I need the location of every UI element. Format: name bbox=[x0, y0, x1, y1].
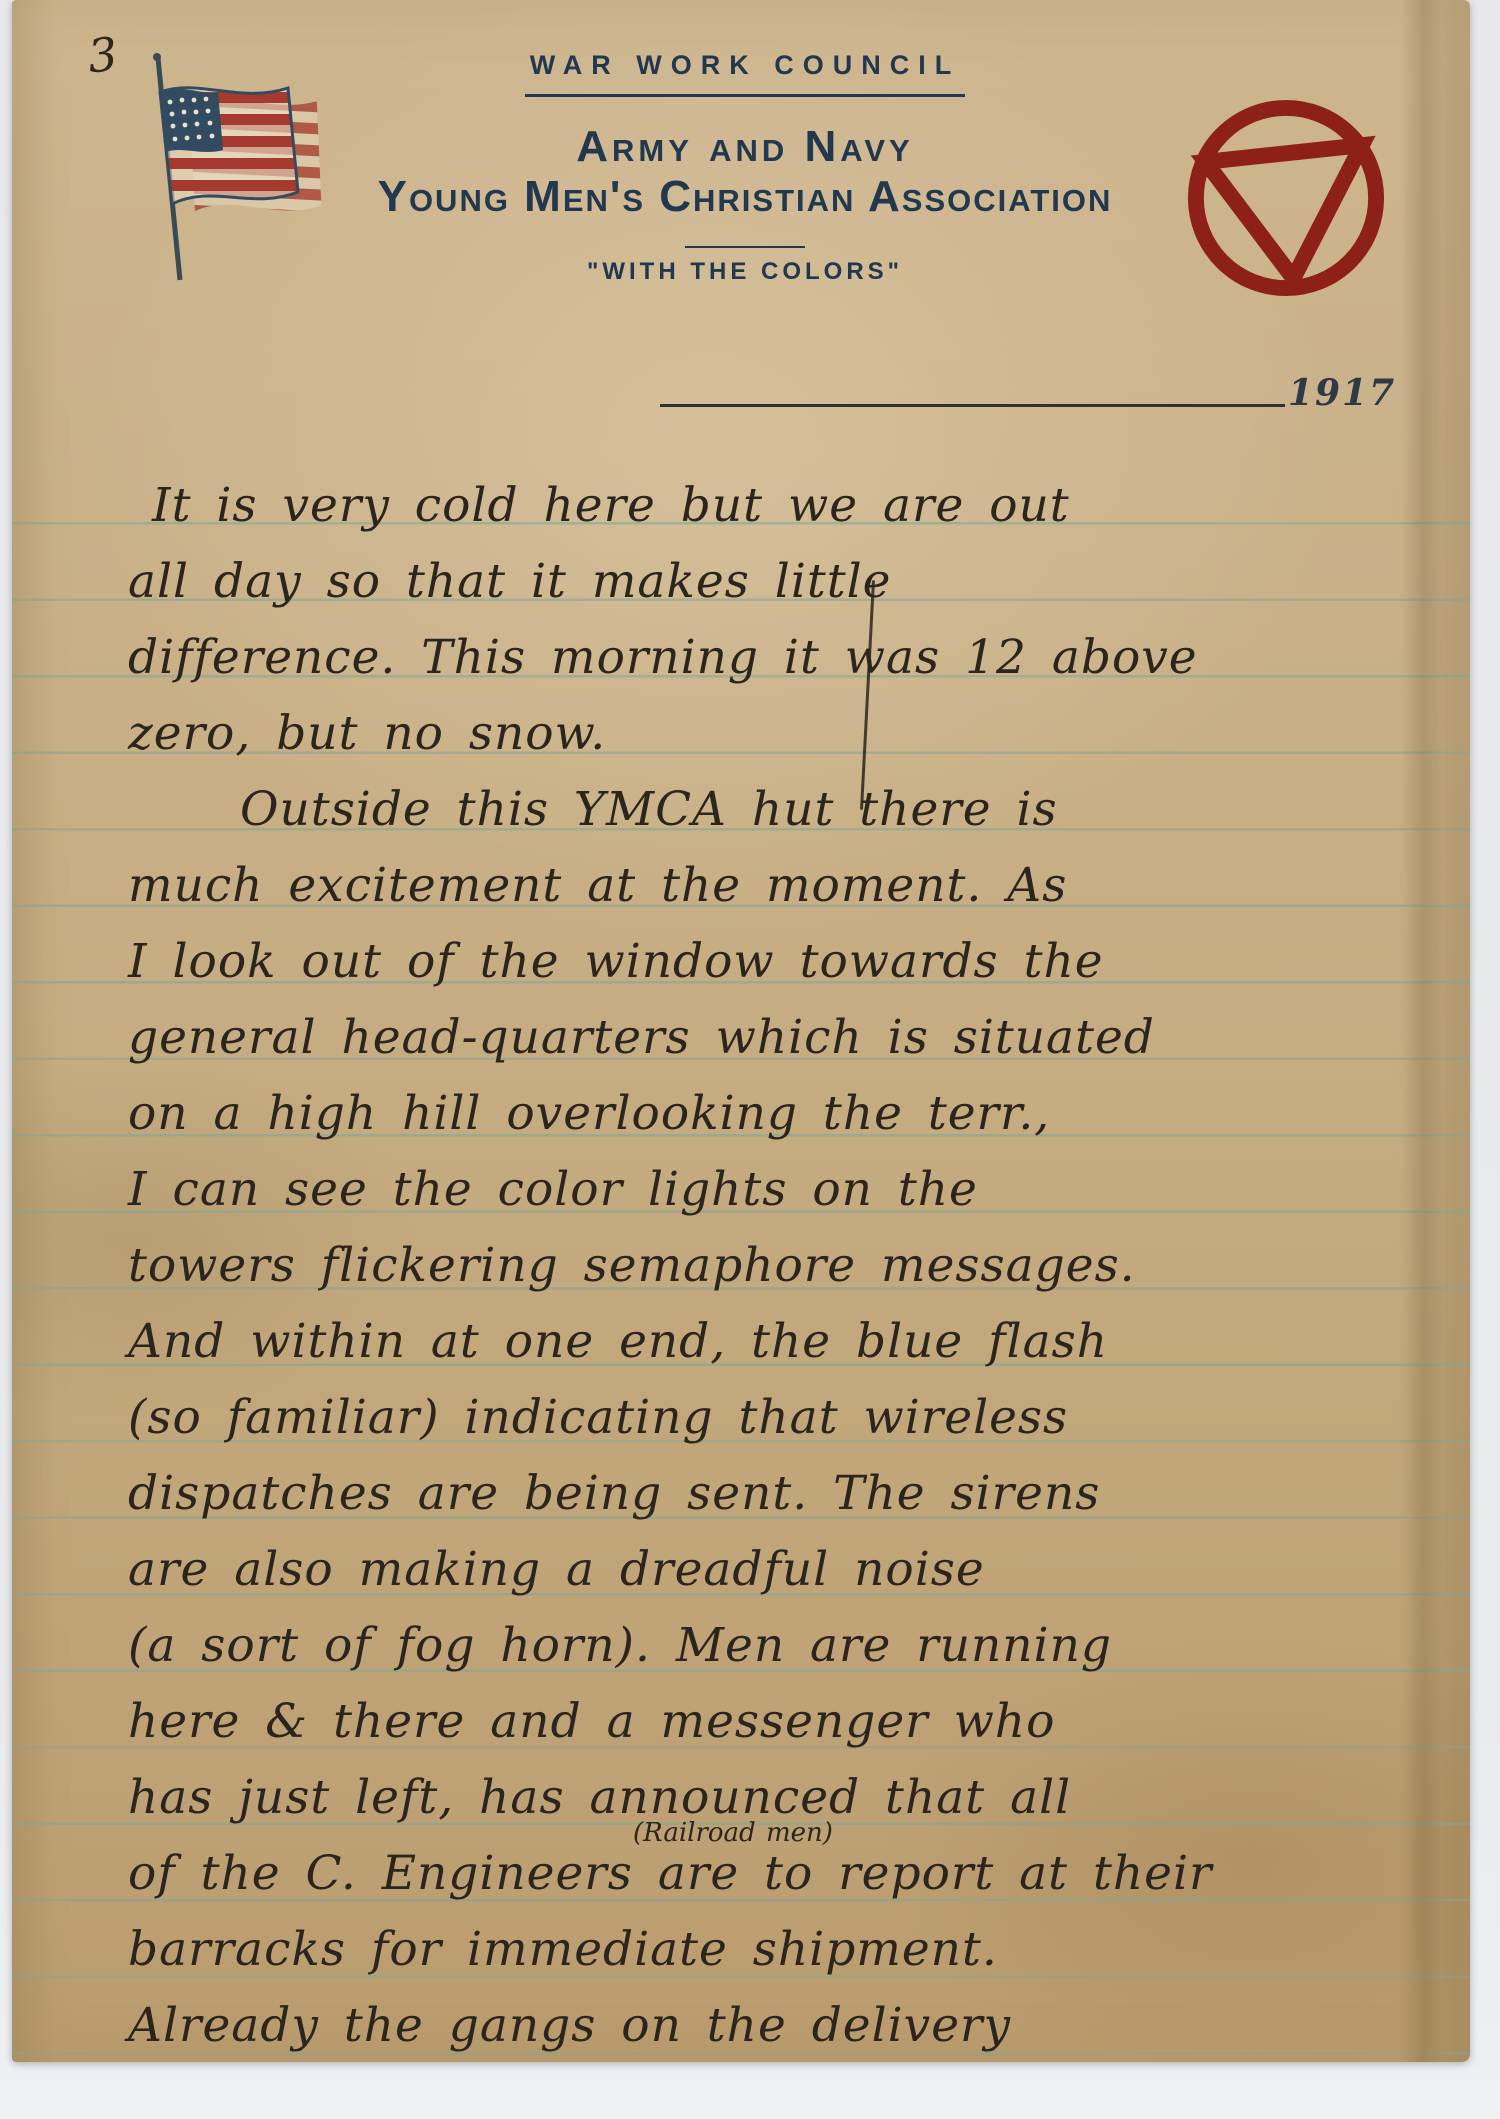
line-text: here & there and a messenger who bbox=[128, 1694, 1055, 1749]
organization-line2: Young Men's Christian Association bbox=[378, 172, 1113, 222]
line-text: dispatches are being sent. The sirens bbox=[128, 1466, 1100, 1521]
handwritten-line: I look out of the window towards the bbox=[128, 924, 1458, 1000]
line-text: all day so that it makes little bbox=[128, 554, 891, 609]
line-text: barracks for immediate shipment. bbox=[128, 1922, 998, 1977]
line-text: I look out of the window towards the bbox=[128, 934, 1104, 989]
line-text: of the C. Engineers are to report at the… bbox=[128, 1846, 1212, 1901]
handwriting-body: It is very cold here but we are out all … bbox=[128, 468, 1458, 2064]
scanned-letter-page: 3 WAR WORK COUNCIL Army and Navy Young M… bbox=[0, 0, 1500, 2119]
council-title: WAR WORK COUNCIL bbox=[530, 50, 960, 81]
handwritten-line: general head-quarters which is situated bbox=[128, 1000, 1458, 1076]
line-text: It is very cold here but we are out bbox=[152, 478, 1070, 533]
handwritten-line: (a sort of fog horn). Men are running bbox=[128, 1608, 1458, 1684]
line-text: has just left, has announced that all bbox=[128, 1770, 1071, 1825]
handwritten-line: dispatches are being sent. The sirens bbox=[128, 1456, 1458, 1532]
line-text: Already the gangs on the delivery bbox=[128, 1998, 1011, 2053]
line-text: I can see the color lights on the bbox=[128, 1162, 978, 1217]
line-text: general head-quarters which is situated bbox=[128, 1010, 1155, 1065]
line-text: And within at one end, the blue flash bbox=[128, 1314, 1108, 1369]
line-text: (so familiar) indicating that wireless bbox=[128, 1390, 1068, 1445]
handwritten-line: difference. This morning it was 12 above bbox=[128, 620, 1458, 696]
handwritten-line: zero, but no snow. bbox=[128, 696, 1458, 772]
organization-line1: Army and Navy bbox=[576, 122, 914, 172]
handwritten-line: And within at one end, the blue flash bbox=[128, 1304, 1458, 1380]
handwritten-line: on a high hill overlooking the terr., bbox=[128, 1076, 1458, 1152]
handwritten-line: much excitement at the moment. As bbox=[128, 848, 1458, 924]
line-text: Outside this YMCA hut there is bbox=[240, 782, 1058, 837]
date-rule bbox=[660, 404, 1285, 407]
handwritten-line: It is very cold here but we are out bbox=[128, 468, 1458, 544]
handwritten-line: all day so that it makes little bbox=[128, 544, 1458, 620]
header-rule bbox=[525, 94, 965, 97]
line-text: zero, but no snow. bbox=[128, 706, 606, 761]
handwritten-line: towers flickering semaphore messages. bbox=[128, 1228, 1458, 1304]
handwritten-line: (so familiar) indicating that wireless bbox=[128, 1380, 1458, 1456]
handwritten-line: barracks for immediate shipment. bbox=[128, 1912, 1458, 1988]
ymca-triangle-emblem-icon bbox=[1180, 92, 1392, 304]
handwritten-line: Already the gangs on the delivery bbox=[128, 1988, 1458, 2064]
handwritten-line: I can see the color lights on the bbox=[128, 1152, 1458, 1228]
line-text: towers flickering semaphore messages. bbox=[128, 1238, 1136, 1293]
line-text: on a high hill overlooking the terr., bbox=[128, 1086, 1050, 1141]
year-stamp: 1917 bbox=[1288, 372, 1396, 414]
slogan-rule bbox=[685, 246, 805, 248]
handwritten-line: are also making a dreadful noise bbox=[128, 1532, 1458, 1608]
handwritten-line: (Railroad men) of the C. Engineers are t… bbox=[128, 1836, 1458, 1912]
line-text: (a sort of fog horn). Men are running bbox=[128, 1618, 1112, 1673]
handwritten-line: here & there and a messenger who bbox=[128, 1684, 1458, 1760]
line-text: are also making a dreadful noise bbox=[128, 1542, 985, 1597]
handwritten-line: Outside this YMCA hut there is bbox=[128, 772, 1458, 848]
line-text: much excitement at the moment. As bbox=[128, 858, 1067, 913]
us-flag-icon bbox=[100, 48, 335, 283]
interlinear-note: (Railroad men) bbox=[633, 1820, 833, 1846]
line-text: difference. This morning it was 12 above bbox=[128, 630, 1198, 685]
slogan: "WITH THE COLORS" bbox=[587, 258, 903, 286]
